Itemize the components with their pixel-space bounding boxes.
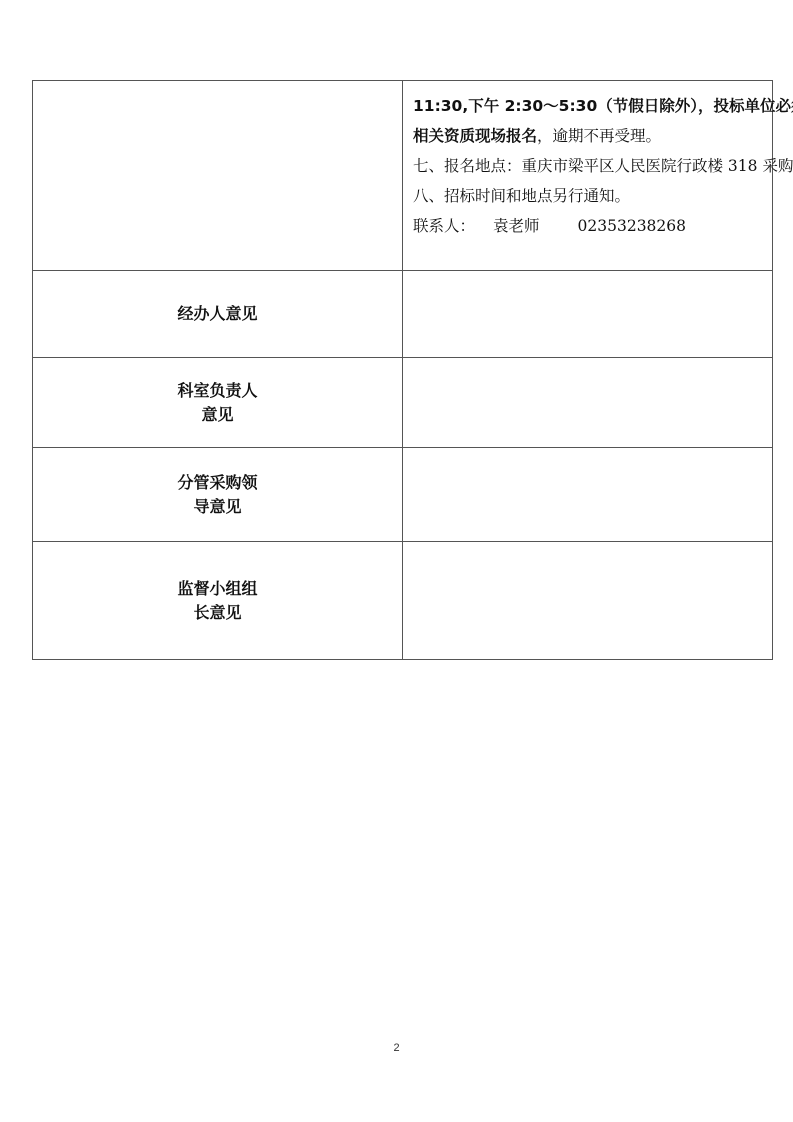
table-row: 分管采购领导意见 [33, 448, 773, 542]
row-label: 经办人意见 [33, 271, 403, 358]
qualification-bold-text: 相关资质现场报名 [413, 127, 537, 145]
notice-qualification-line: 相关资质现场报名，逾期不再受理。 [413, 121, 764, 151]
contact-line: 联系人：袁老师02353238268 [413, 211, 764, 241]
notice-time-line: 11:30,下午 2:30～5:30（节假日除外），投标单位必须在规定时间内提交 [413, 91, 764, 121]
approval-table: 11:30,下午 2:30～5:30（节假日除外），投标单位必须在规定时间内提交… [32, 80, 773, 660]
contact-phone: 02353238268 [578, 217, 686, 235]
contact-name: 袁老师 [493, 217, 540, 235]
notice-row: 11:30,下午 2:30～5:30（节假日除外），投标单位必须在规定时间内提交… [33, 81, 773, 271]
table-row: 监督小组组长意见 [33, 542, 773, 660]
registration-location-line: 七、报名地点：重庆市梁平区人民医院行政楼 318 采购办公室 [413, 151, 764, 181]
table-row: 科室负责人意见 [33, 358, 773, 448]
table-row: 经办人意见 [33, 271, 773, 358]
qualification-rest-text: ，逾期不再受理。 [537, 127, 661, 145]
row-label: 分管采购领导意见 [33, 448, 403, 542]
contact-label: 联系人： [413, 217, 475, 235]
department-head-opinion-field[interactable] [403, 358, 773, 448]
supervision-leader-opinion-field[interactable] [403, 542, 773, 660]
bidding-time-line: 八、招标时间和地点另行通知。 [413, 181, 764, 211]
row-label: 科室负责人意见 [33, 358, 403, 448]
procurement-leader-opinion-field[interactable] [403, 448, 773, 542]
notice-label-cell [33, 81, 403, 271]
row-label: 监督小组组长意见 [33, 542, 403, 660]
page-number: 2 [0, 1042, 793, 1054]
handler-opinion-field[interactable] [403, 271, 773, 358]
notice-content-cell: 11:30,下午 2:30～5:30（节假日除外），投标单位必须在规定时间内提交… [403, 81, 773, 271]
